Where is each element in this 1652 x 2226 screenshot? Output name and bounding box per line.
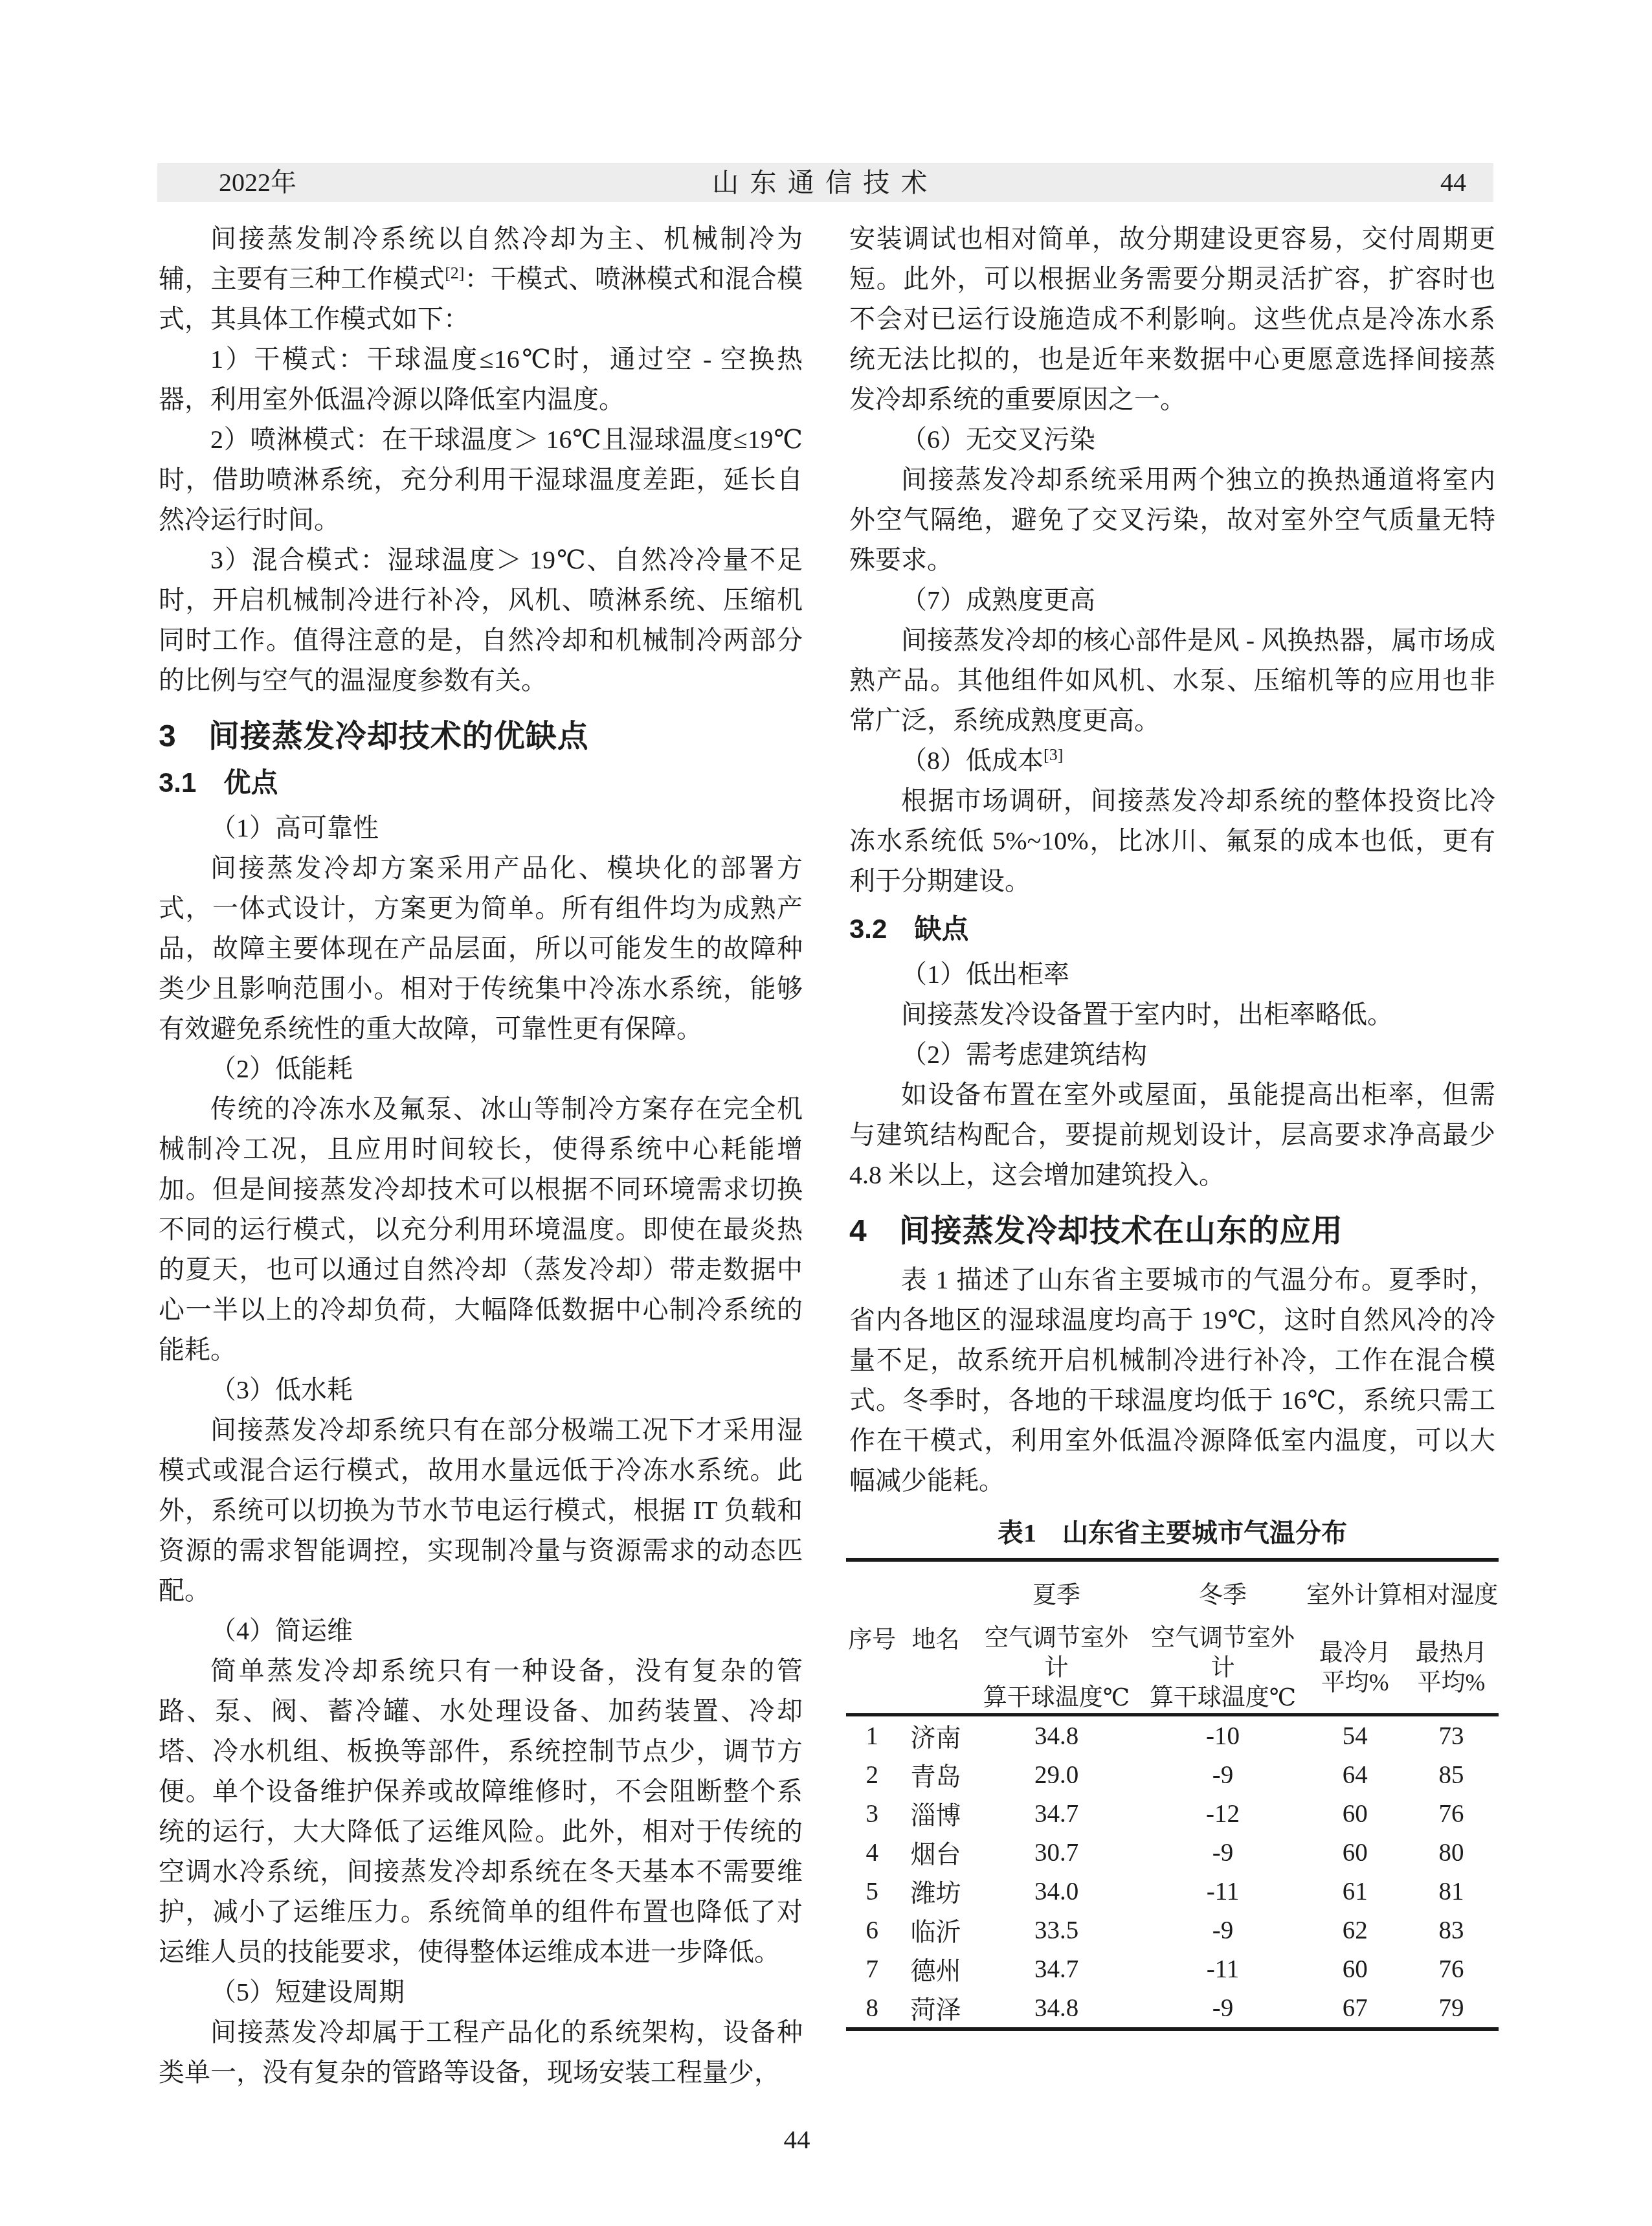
mode-spray: 2）喷淋模式：在干球温度＞ 16℃且湿球温度≤19℃时，借助喷淋系统，充分利用干…	[159, 420, 803, 540]
disadvantage-1-body: 间接蒸发冷设备置于室内时，出柜率略低。	[849, 995, 1495, 1035]
advantage-5-continued: 安装调试也相对简单，故分期建设更容易，交付周期更短。此外，可以根据业务需要分期灵…	[849, 219, 1495, 420]
advantage-6-body: 间接蒸发冷却系统采用两个独立的换热通道将室内外空气隔绝，避免了交叉污染，故对室外…	[849, 460, 1495, 580]
journal-page: 2022年 山东通信技术 44 间接蒸发制冷系统以自然冷却为主、机械制冷为辅，主…	[0, 0, 1652, 2226]
footer-page-number: 44	[755, 2124, 839, 2155]
col-header-winter-drybulb: 空气调节室外计 算干球温度℃	[1140, 1624, 1306, 1715]
table-row: 2青岛29.0-96485	[846, 1755, 1499, 1794]
cell-hottest: 81	[1404, 1872, 1499, 1911]
cell-winter: -9	[1140, 1988, 1306, 2029]
cell-summer: 30.7	[974, 1833, 1140, 1872]
cell-index: 4	[846, 1833, 899, 1872]
cell-winter: -9	[1140, 1755, 1306, 1794]
table-row: 7德州34.7-116076	[846, 1950, 1499, 1988]
cell-city: 德州	[899, 1950, 974, 1988]
cell-winter: -9	[1140, 1911, 1306, 1950]
table-row: 4烟台30.7-96080	[846, 1833, 1499, 1872]
col-header-city: 地名	[899, 1560, 974, 1715]
table-row: 3淄博34.7-126076	[846, 1794, 1499, 1833]
cell-city: 临沂	[899, 1911, 974, 1950]
section-4-body: 表 1 描述了山东省主要城市的气温分布。夏季时，省内各地区的湿球温度均高于 19…	[849, 1260, 1495, 1501]
cell-hottest: 76	[1404, 1950, 1499, 1988]
mode-mixed: 3）混合模式：湿球温度＞ 19℃、自然冷冷量不足时，开启机械制冷进行补冷，风机、…	[159, 540, 803, 701]
advantage-4-title: （4）简运维	[159, 1611, 803, 1651]
cell-hottest: 83	[1404, 1911, 1499, 1950]
header-page-number: 44	[1440, 163, 1466, 202]
running-header: 2022年 山东通信技术 44	[157, 163, 1493, 202]
advantage-8-body: 根据市场调研，间接蒸发冷却系统的整体投资比冷冻水系统低 5%~10%，比冰川、氟…	[849, 781, 1495, 901]
section-4-heading: 4 间接蒸发冷却技术在山东的应用	[849, 1213, 1495, 1250]
advantage-3-title: （3）低水耗	[159, 1370, 803, 1410]
left-column: 间接蒸发制冷系统以自然冷却为主、机械制冷为辅，主要有三种工作模式[2]：干模式、…	[159, 219, 803, 2093]
col-header-summer-drybulb: 空气调节室外计 算干球温度℃	[974, 1624, 1140, 1715]
advantage-5-title: （5）短建设周期	[159, 1972, 803, 2012]
cell-hottest: 79	[1404, 1988, 1499, 2029]
advantage-7-title: （7）成熟度更高	[849, 580, 1495, 620]
cell-hottest: 85	[1404, 1755, 1499, 1794]
table-row: 5潍坊34.0-116181	[846, 1872, 1499, 1911]
cell-winter: -9	[1140, 1833, 1306, 1872]
cell-index: 5	[846, 1872, 899, 1911]
cell-summer: 34.0	[974, 1872, 1140, 1911]
cell-city: 潍坊	[899, 1872, 974, 1911]
cell-winter: -11	[1140, 1872, 1306, 1911]
advantage-2-title: （2）低能耗	[159, 1049, 803, 1089]
col-header-hottest-month: 最热月 平均%	[1404, 1624, 1499, 1715]
cell-winter: -11	[1140, 1950, 1306, 1988]
col-header-coldest-month: 最冷月 平均%	[1306, 1624, 1404, 1715]
col-header-summer: 夏季	[974, 1560, 1140, 1624]
cell-coldest: 60	[1306, 1833, 1404, 1872]
cell-coldest: 60	[1306, 1794, 1404, 1833]
advantage-6-title: （6）无交叉污染	[849, 420, 1495, 460]
cell-hottest: 76	[1404, 1794, 1499, 1833]
advantage-1-title: （1）高可靠性	[159, 808, 803, 848]
advantage-1-body: 间接蒸发冷却方案采用产品化、模块化的部署方式，一体式设计，方案更为简单。所有组件…	[159, 848, 803, 1049]
header-year: 2022年	[219, 163, 296, 202]
section-3-1-heading: 3.1 优点	[159, 767, 803, 799]
col-header-humidity-group: 室外计算相对湿度	[1306, 1560, 1499, 1624]
section-3-2-heading: 3.2 缺点	[849, 913, 1495, 945]
advantage-4-body: 简单蒸发冷却系统只有一种设备，没有复杂的管路、泵、阀、蓄冷罐、水处理设备、加药装…	[159, 1651, 803, 1972]
journal-title: 山东通信技术	[712, 163, 938, 202]
cell-index: 7	[846, 1950, 899, 1988]
cell-hottest: 73	[1404, 1715, 1499, 1756]
advantage-2-body: 传统的冷冻水及氟泵、冰山等制冷方案存在完全机械制冷工况，且应用时间较长，使得系统…	[159, 1089, 803, 1370]
cell-summer: 33.5	[974, 1911, 1140, 1950]
advantage-5-body: 间接蒸发冷却属于工程产品化的系统架构，设备种类单一，没有复杂的管路等设备，现场安…	[159, 2012, 803, 2093]
cell-summer: 34.8	[974, 1988, 1140, 2029]
disadvantage-2-title: （2）需考虑建筑结构	[849, 1035, 1495, 1075]
cell-index: 1	[846, 1715, 899, 1756]
cell-winter: -10	[1140, 1715, 1306, 1756]
climate-table: 序号 地名 夏季 冬季 室外计算相对湿度 空气调节室外计 算干球温度℃ 空气调节…	[846, 1558, 1499, 2031]
col-header-winter: 冬季	[1140, 1560, 1306, 1624]
cell-index: 8	[846, 1988, 899, 2029]
mode-dry: 1）干模式：干球温度≤16℃时，通过空 - 空换热器，利用室外低温冷源以降低室内…	[159, 339, 803, 420]
cell-summer: 29.0	[974, 1755, 1140, 1794]
section-3-heading: 3 间接蒸发冷却技术的优缺点	[159, 719, 803, 755]
col-header-index: 序号	[846, 1560, 899, 1715]
advantage-8-title-text: （8）低成本	[901, 746, 1044, 775]
cell-index: 6	[846, 1911, 899, 1950]
cell-summer: 34.7	[974, 1950, 1140, 1988]
table-row: 8菏泽34.8-96779	[846, 1988, 1499, 2029]
advantage-3-body: 间接蒸发冷却系统只有在部分极端工况下才采用湿模式或混合运行模式，故用水量远低于冷…	[159, 1410, 803, 1611]
cell-coldest: 54	[1306, 1715, 1404, 1756]
cell-coldest: 61	[1306, 1872, 1404, 1911]
disadvantage-1-title: （1）低出柜率	[849, 954, 1495, 995]
cell-summer: 34.8	[974, 1715, 1140, 1756]
disadvantage-2-body: 如设备布置在室外或屋面，虽能提高出柜率，但需与建筑结构配合，要提前规划设计，层高…	[849, 1075, 1495, 1195]
cell-city: 菏泽	[899, 1988, 974, 2029]
cell-city: 淄博	[899, 1794, 974, 1833]
advantage-8-title: （8）低成本[3]	[849, 741, 1495, 781]
cell-hottest: 80	[1404, 1833, 1499, 1872]
cell-coldest: 67	[1306, 1988, 1404, 2029]
table-row: 1济南34.8-105473	[846, 1715, 1499, 1756]
cell-winter: -12	[1140, 1794, 1306, 1833]
cell-city: 烟台	[899, 1833, 974, 1872]
cell-city: 济南	[899, 1715, 974, 1756]
cell-index: 3	[846, 1794, 899, 1833]
table-caption: 表1 山东省主要城市气温分布	[849, 1518, 1495, 1549]
cell-coldest: 60	[1306, 1950, 1404, 1988]
citation-ref-3: [3]	[1044, 745, 1063, 764]
citation-ref-2: [2]	[445, 264, 464, 282]
cell-coldest: 64	[1306, 1755, 1404, 1794]
cell-city: 青岛	[899, 1755, 974, 1794]
paragraph-intro: 间接蒸发制冷系统以自然冷却为主、机械制冷为辅，主要有三种工作模式[2]：干模式、…	[159, 219, 803, 339]
cell-coldest: 62	[1306, 1911, 1404, 1950]
cell-summer: 34.7	[974, 1794, 1140, 1833]
right-column: 安装调试也相对简单，故分期建设更容易，交付周期更短。此外，可以根据业务需要分期灵…	[849, 219, 1495, 2031]
table-row: 6临沂33.5-96283	[846, 1911, 1499, 1950]
advantage-7-body: 间接蒸发冷却的核心部件是风 - 风换热器，属市场成熟产品。其他组件如风机、水泵、…	[849, 620, 1495, 741]
cell-index: 2	[846, 1755, 899, 1794]
